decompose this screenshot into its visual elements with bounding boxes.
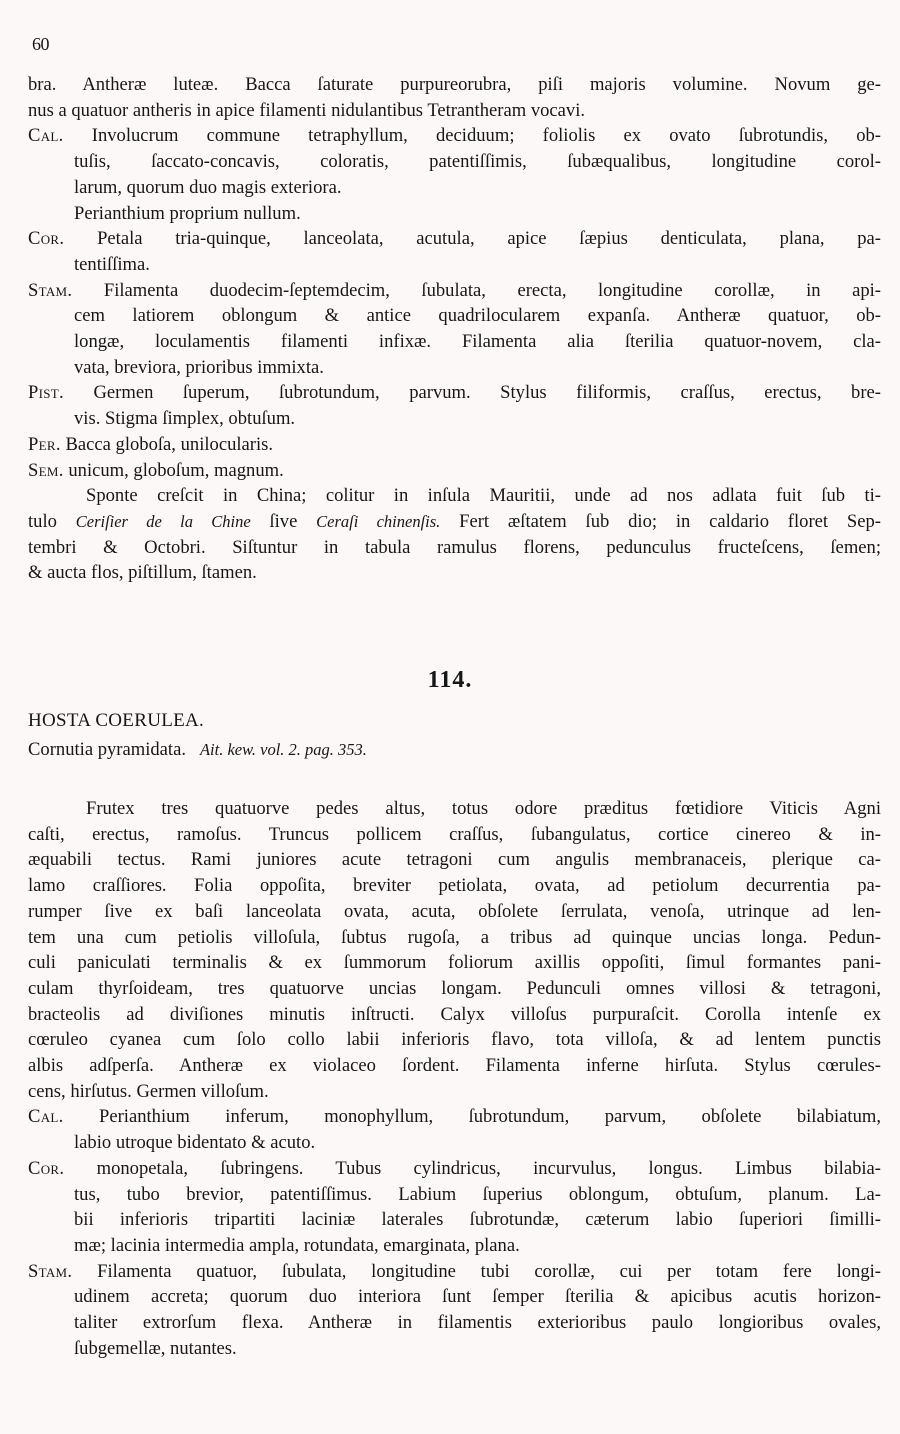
text-line: Involucrum commune tetraphyllum, deciduu…: [92, 125, 881, 146]
text-line: Filamenta quatuor, ſubulata, longitudine…: [97, 1261, 881, 1282]
text-line: mæ; lacinia intermedia ampla, rotundata,…: [28, 1233, 881, 1259]
pistil-section: Pist. Germen ſuperum, ſubrotundum, parvu…: [28, 380, 881, 431]
text-line: culi paniculati terminalis & ex ſummorum…: [28, 950, 881, 976]
habitat-paragraph: Sponte creſcit in China; colitur in inſu…: [28, 483, 881, 586]
page-number: 60: [32, 34, 49, 55]
text-line: bracteolis ad diviſiones minutis inſtruc…: [28, 1002, 881, 1028]
text-line: tulo Ceriſier de la Chine ſive Ceraſi ch…: [28, 509, 881, 535]
text-line: cem latiorem oblongum & antice quadriloc…: [28, 303, 881, 329]
previous-entry-continuation: bra. Antheræ luteæ. Bacca ſaturate purpu…: [28, 72, 881, 586]
section-label: Cal.: [28, 1106, 64, 1127]
text-line: Bacca globoſa, unilocularis.: [65, 434, 273, 455]
text-line: cœruleo cyanea cum ſolo collo labii infe…: [28, 1027, 881, 1053]
text-line: rumper ſive ex baſi lanceolata ovata, ac…: [28, 899, 881, 925]
text-line: unicum, globoſum, magnum.: [68, 460, 283, 481]
species-title: HOSTA COERULEA.: [28, 710, 204, 732]
section-label: Pist.: [28, 382, 64, 403]
italic-name: Ceraſi chinenſis.: [316, 512, 440, 531]
synonym-line: Cornutia pyramidata. Ait. kew. vol. 2. p…: [28, 739, 367, 761]
corolla-section: Cor. monopetala, ſubringens. Tubus cylin…: [28, 1156, 881, 1259]
text-line: Filamenta duodecim-ſeptemdecim, ſubulata…: [104, 280, 881, 301]
description-paragraph: Frutex tres quatuorve pedes altus, totus…: [28, 796, 881, 1104]
text-line: æquabili tectus. Rami juniores acute tet…: [28, 847, 881, 873]
entry-body: Frutex tres quatuorve pedes altus, totus…: [28, 796, 881, 1361]
stamens-section: Stam. Filamenta quatuor, ſubulata, longi…: [28, 1259, 881, 1362]
reference: Ait. kew. vol. 2. pag. 353.: [200, 740, 367, 759]
book-page: 60 bra. Antheræ luteæ. Bacca ſaturate pu…: [0, 0, 900, 1434]
text-line: albis adſperſa. Antheræ ex violaceo ſord…: [28, 1053, 881, 1079]
text-line: taliter extrorſum flexa. Antheræ in fila…: [28, 1310, 881, 1336]
calyx-section: Cal. Perianthium inferum, monophyllum, ſ…: [28, 1104, 881, 1155]
text-line: tuſis, ſaccato-concavis, coloratis, pate…: [28, 149, 881, 175]
text-line: tus, tubo brevior, patentiſſimus. Labium…: [28, 1182, 881, 1208]
text-line: culam thyrſoideam, tres quatuorve uncias…: [28, 976, 881, 1002]
text-line: tembri & Octobri. Siſtuntur in tabula ra…: [28, 535, 881, 561]
section-label: Cor.: [28, 1158, 64, 1179]
text-line: lamo craſſiores. Folia oppoſita, brevite…: [28, 873, 881, 899]
section-label: Sem.: [28, 460, 64, 481]
text-line: Sponte creſcit in China; colitur in inſu…: [28, 483, 881, 509]
pericarp-section: Per. Bacca globoſa, unilocularis.: [28, 432, 881, 458]
section-label: Cal.: [28, 125, 64, 146]
text-line: nus a quatuor antheris in apice filament…: [28, 98, 881, 124]
text-line: Perianthium proprium nullum.: [28, 201, 881, 227]
text-line: monopetala, ſubringens. Tubus cylindricu…: [97, 1158, 881, 1179]
stamens-section: Stam. Filamenta duodecim-ſeptemdecim, ſu…: [28, 278, 881, 381]
text-line: larum, quorum duo magis exteriora.: [28, 175, 881, 201]
text-line: Frutex tres quatuorve pedes altus, totus…: [28, 796, 881, 822]
section-label: Per.: [28, 434, 61, 455]
text-line: udinem accreta; quorum duo interiora ſun…: [28, 1284, 881, 1310]
synonym: Cornutia pyramidata.: [28, 739, 186, 760]
text-line: bra. Antheræ luteæ. Bacca ſaturate purpu…: [28, 72, 881, 98]
text-line: tem una cum petiolis villoſula, ſubtus r…: [28, 925, 881, 951]
section-label: Cor.: [28, 228, 64, 249]
text-line: caſti, erectus, ramoſus. Truncus pollice…: [28, 822, 881, 848]
corolla-section: Cor. Petala tria-quinque, lanceolata, ac…: [28, 226, 881, 277]
text-line: bii inferioris tripartiti laciniæ latera…: [28, 1207, 881, 1233]
text-line: ſubgemellæ, nutantes.: [28, 1336, 881, 1362]
text-line: labio utroque bidentato & acuto.: [28, 1130, 881, 1156]
calyx-section: Cal. Involucrum commune tetraphyllum, de…: [28, 123, 881, 226]
text-line: vis. Stigma ſimplex, obtuſum.: [28, 406, 881, 432]
seed-section: Sem. unicum, globoſum, magnum.: [28, 458, 881, 484]
text-line: longæ, loculamentis filamenti infixæ. Fi…: [28, 329, 881, 355]
italic-name: Ceriſier de la Chine: [76, 512, 251, 531]
section-label: Stam.: [28, 1261, 72, 1282]
section-label: Stam.: [28, 280, 72, 301]
text-line: Perianthium inferum, monophyllum, ſubrot…: [99, 1106, 881, 1127]
entry-number: 114.: [0, 667, 900, 694]
text-line: Petala tria-quinque, lanceolata, acutula…: [97, 228, 881, 249]
text-line: vata, breviora, prioribus immixta.: [28, 355, 881, 381]
text-line: Germen ſuperum, ſubrotundum, parvum. Sty…: [94, 382, 881, 403]
text-line: cens, hirſutus. Germen villoſum.: [28, 1079, 881, 1105]
text-line: tentiſſima.: [28, 252, 881, 278]
text-line: & aucta flos, piſtillum, ſtamen.: [28, 560, 881, 586]
